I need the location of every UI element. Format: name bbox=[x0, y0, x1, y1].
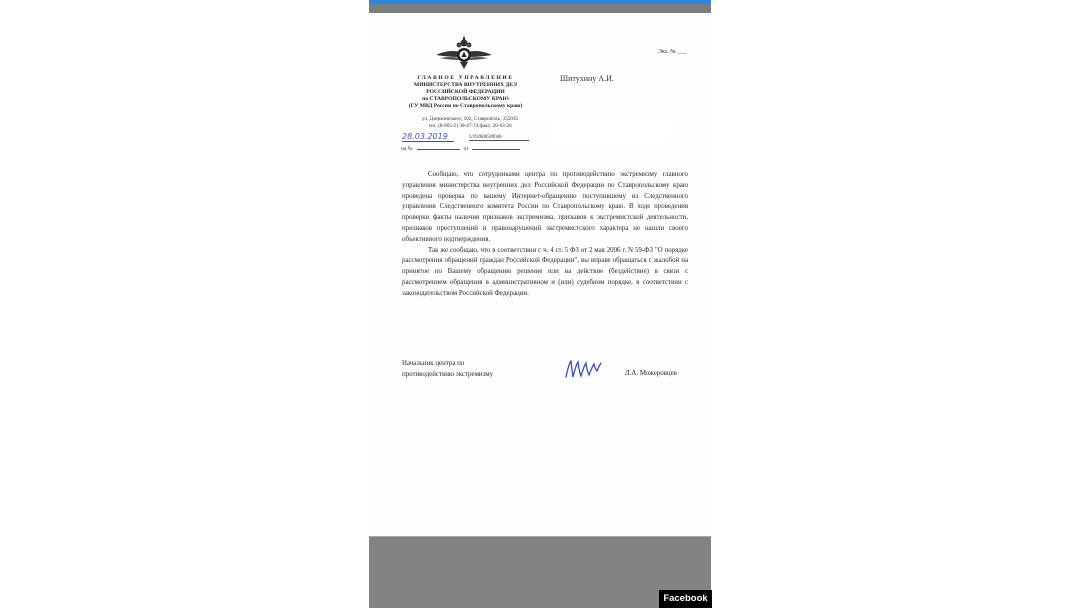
org-line-5: (ГУ МВД России по Ставропольскому краю) bbox=[393, 103, 538, 110]
copy-number: Экз. № ___ bbox=[658, 49, 686, 55]
reference-line: на №от bbox=[401, 146, 520, 152]
paragraph-2: Так же сообщаю, что в соответствии с ч. … bbox=[402, 246, 688, 300]
ref-number-label: на № bbox=[401, 146, 413, 152]
org-line-1: ГЛАВНОЕ УПРАВЛЕНИЕ bbox=[393, 75, 538, 82]
redacted-address bbox=[549, 117, 669, 141]
paragraph-1: Сообщаю, что сотрудниками центра по прот… bbox=[402, 170, 688, 246]
phone-screenshot: Экз. № ___ ГЛАВНОЕ УПРАВЛЕНИЕ МИНИСТЕРСТ… bbox=[369, 0, 711, 608]
handwritten-signature-icon bbox=[563, 357, 603, 381]
signer-position-line-2: противодействию экстремизму bbox=[402, 370, 493, 381]
ref-number-blank bbox=[417, 149, 460, 150]
org-line-2: МИНИСТЕРСТВА ВНУТРЕННИХ ДЕЛ bbox=[393, 82, 538, 89]
signer-position-line-1: Начальник центра по bbox=[402, 359, 493, 370]
source-badge: Facebook bbox=[659, 590, 712, 608]
letter-body: Сообщаю, что сотрудниками центра по прот… bbox=[402, 170, 688, 300]
mvd-eagle-emblem-icon bbox=[434, 35, 494, 71]
org-line-3: РОССИЙСКОЙ ФЕДЕРАЦИИ bbox=[393, 89, 538, 96]
recipient-name: Шитухину А.И. bbox=[560, 74, 614, 83]
registration-number: 3/192600569046 bbox=[469, 135, 529, 141]
org-line-4: по СТАВРОПОЛЬСКОМУ КРАЮ bbox=[393, 96, 538, 103]
registration-date: 28.03.2019 bbox=[402, 132, 454, 142]
toolbar-strip bbox=[369, 4, 711, 13]
ref-date-blank bbox=[472, 149, 520, 150]
org-address: ул. Дзержинского, 102, Ставрополь, 35503… bbox=[395, 116, 545, 130]
ref-from-label: от bbox=[464, 146, 469, 152]
organization-header: ГЛАВНОЕ УПРАВЛЕНИЕ МИНИСТЕРСТВА ВНУТРЕНН… bbox=[393, 75, 538, 110]
address-line-1: ул. Дзержинского, 102, Ставрополь, 35503… bbox=[395, 116, 545, 123]
address-line-2: тел. (8-865-2) 30-47-74 факс: 26-63-26 bbox=[395, 123, 545, 130]
signer-name: Л.А. Можеровцев bbox=[625, 370, 677, 377]
signer-position: Начальник центра по противодействию экст… bbox=[402, 359, 493, 381]
official-letter: Экз. № ___ ГЛАВНОЕ УПРАВЛЕНИЕ МИНИСТЕРСТ… bbox=[369, 13, 711, 536]
